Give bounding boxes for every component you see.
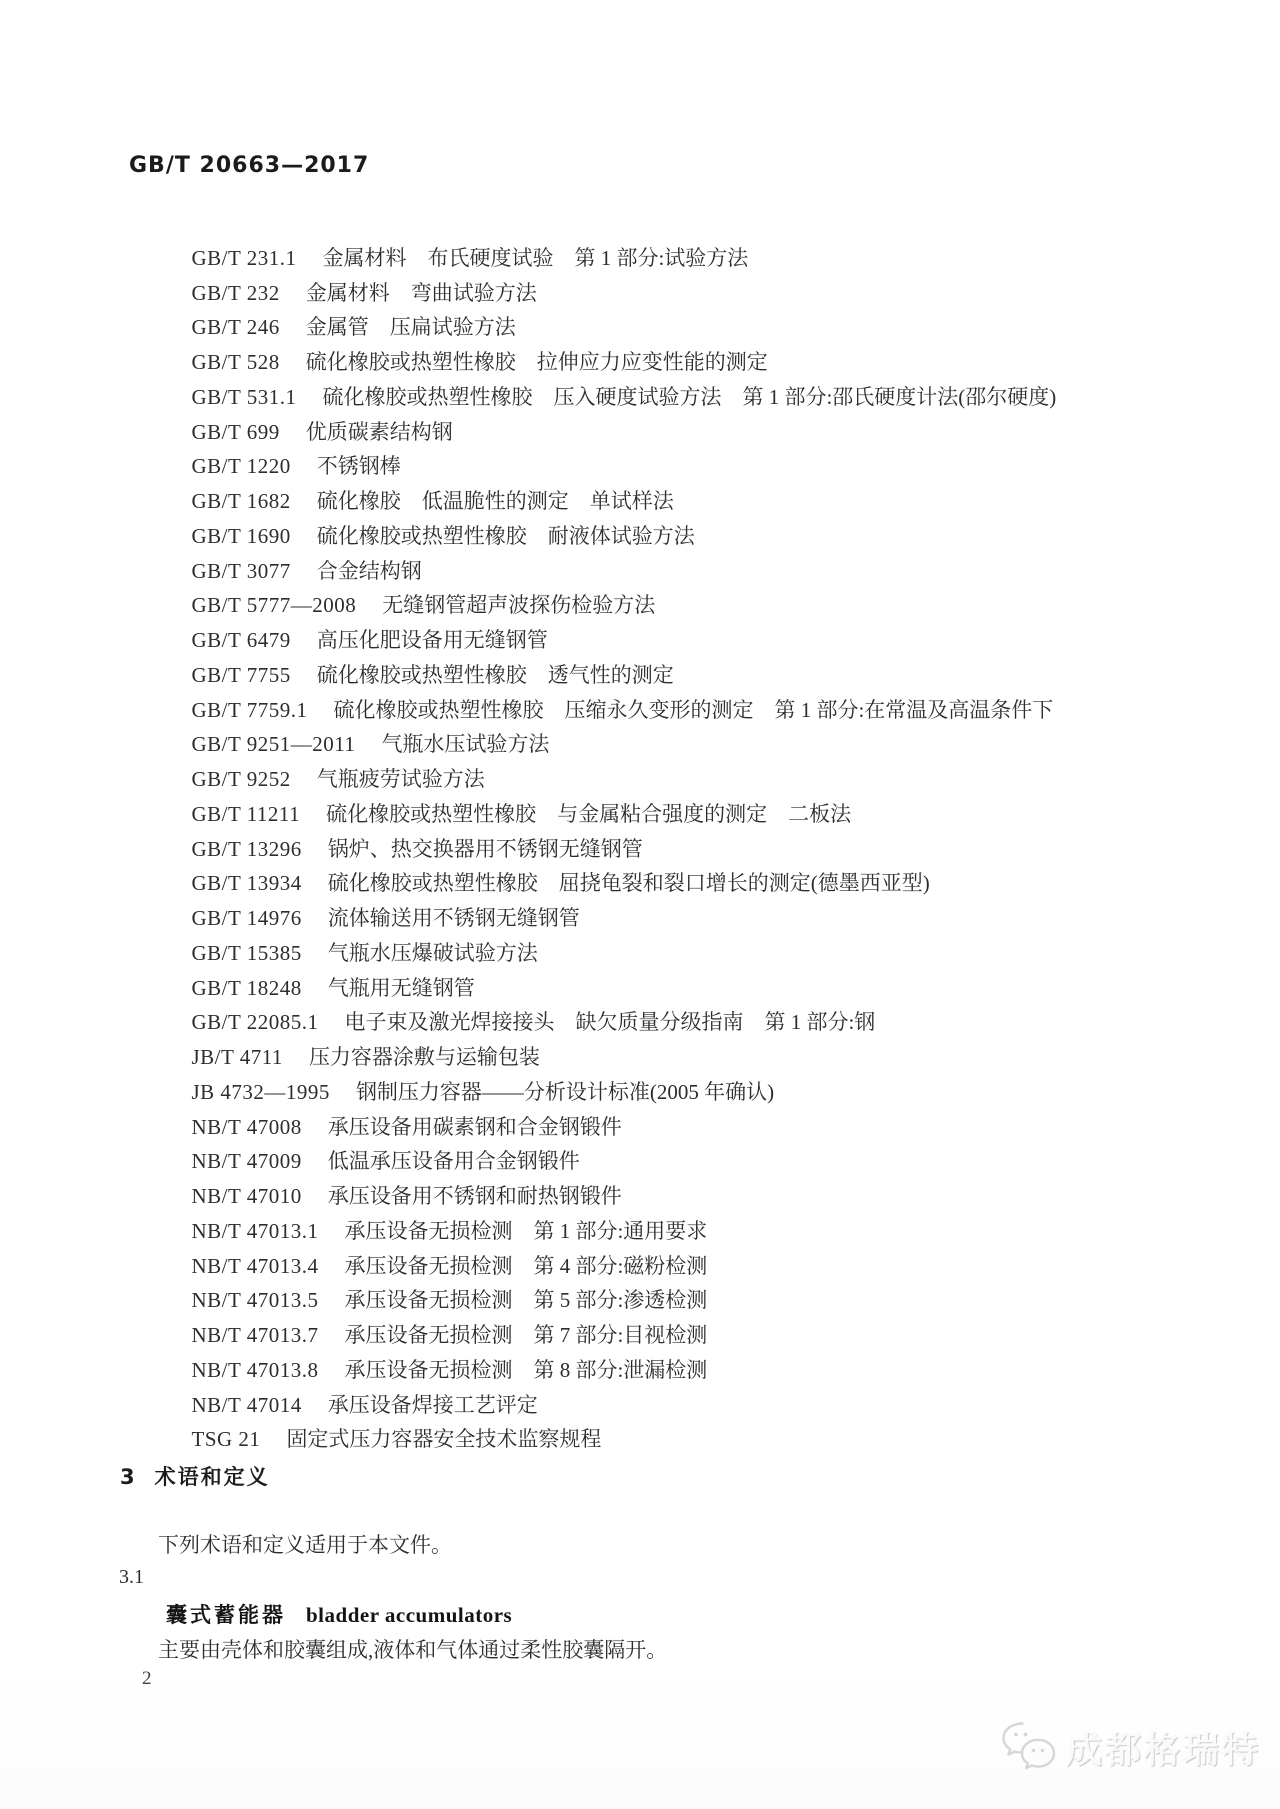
reference-code: GB/T 1220 — [192, 449, 291, 484]
reference-code: NB/T 47013.4 — [192, 1249, 319, 1284]
reference-title: 承压设备用不锈钢和耐热钢锻件 — [328, 1184, 622, 1208]
reference-code: NB/T 47013.5 — [192, 1283, 319, 1318]
reference-code: GB/T 13934 — [192, 866, 302, 901]
reference-title: 气瓶水压试验方法 — [381, 732, 549, 756]
reference-title: 合金结构钢 — [317, 559, 422, 583]
page-number: 2 — [142, 1668, 152, 1690]
reference-code: NB/T 47010 — [192, 1179, 302, 1214]
reference-code: GB/T 246 — [192, 310, 280, 345]
section-intro: 下列术语和定义适用于本文件。 — [158, 1529, 452, 1559]
reference-title: 金属材料 弯曲试验方法 — [306, 281, 537, 305]
reference-title: 气瓶用无缝钢管 — [328, 976, 475, 1000]
reference-title: 硫化橡胶或热塑性橡胶 压入硬度试验方法 第 1 部分:邵氏硬度计法(邵尔硬度) — [322, 385, 1056, 409]
reference-code: GB/T 9252 — [192, 762, 291, 797]
reference-title: 承压设备无损检测 第 4 部分:磁粉检测 — [344, 1254, 707, 1278]
reference-title: 不锈钢棒 — [317, 454, 401, 478]
reference-code: GB/T 9251—2011 — [192, 727, 356, 762]
reference-code: GB/T 528 — [192, 345, 280, 380]
reference-code: NB/T 47013.8 — [192, 1353, 319, 1388]
reference-code: GB/T 5777—2008 — [192, 588, 357, 623]
reference-title: 硫化橡胶或热塑性橡胶 屈挠龟裂和裂口增长的测定(德墨西亚型) — [328, 871, 930, 895]
section-number: 3 — [120, 1465, 135, 1489]
reference-code: NB/T 47009 — [192, 1144, 302, 1179]
reference-title: 高压化肥设备用无缝钢管 — [317, 628, 548, 652]
reference-code: GB/T 1682 — [192, 484, 291, 519]
reference-title: 气瓶疲劳试验方法 — [317, 767, 485, 791]
term-definition: 主要由壳体和胶囊组成,液体和气体通过柔性胶囊隔开。 — [158, 1634, 667, 1664]
reference-code: GB/T 18248 — [192, 971, 302, 1006]
reference-code: GB/T 231.1 — [192, 241, 297, 276]
reference-code: GB/T 7759.1 — [192, 693, 308, 728]
term-number: 3.1 — [119, 1566, 144, 1589]
reference-code: GB/T 531.1 — [192, 380, 297, 415]
reference-title: 气瓶水压爆破试验方法 — [328, 941, 538, 965]
term-line: 囊式蓄能器bladder accumulators — [166, 1599, 512, 1629]
reference-title: 电子束及激光焊接接头 缺欠质量分级指南 第 1 部分:钢 — [344, 1010, 875, 1034]
reference-title: 优质碳素结构钢 — [306, 420, 453, 444]
section-heading: 3术语和定义 — [120, 1461, 270, 1491]
reference-title: 硫化橡胶 低温脆性的测定 单试样法 — [317, 489, 674, 513]
reference-title: 金属材料 布氏硬度试验 第 1 部分:试验方法 — [322, 246, 748, 270]
term-name-zh: 囊式蓄能器 — [166, 1603, 286, 1627]
reference-code: JB 4732—1995 — [192, 1075, 330, 1110]
reference-title: 硫化橡胶或热塑性橡胶 压缩永久变形的测定 第 1 部分:在常温及高温条件下 — [333, 698, 1053, 722]
reference-title: 流体输送用不锈钢无缝钢管 — [328, 906, 580, 930]
reference-code: GB/T 1690 — [192, 519, 291, 554]
reference-title: 锅炉、热交换器用不锈钢无缝钢管 — [328, 837, 643, 861]
wechat-icon — [1000, 1720, 1058, 1775]
document-page: GB/T 20663—2017 GB/T 231.1金属材料 布氏硬度试验 第 … — [0, 0, 1280, 1809]
reference-title: 硫化橡胶或热塑性橡胶 耐液体试验方法 — [317, 524, 695, 548]
reference-code: GB/T 7755 — [192, 658, 291, 693]
watermark-text: 成都格瑞特 — [1066, 1722, 1261, 1773]
reference-title: 硫化橡胶或热塑性橡胶 透气性的测定 — [317, 663, 674, 687]
reference-code: GB/T 22085.1 — [192, 1005, 319, 1040]
reference-code: GB/T 232 — [192, 276, 280, 311]
reference-code: GB/T 3077 — [192, 554, 291, 589]
reference-code: JB/T 4711 — [192, 1040, 283, 1075]
reference-title: 承压设备无损检测 第 7 部分:目视检测 — [344, 1323, 707, 1347]
reference-code: GB/T 11211 — [192, 797, 301, 832]
reference-item: GB/T 231.1金属材料 布氏硬度试验 第 1 部分:试验方法 — [160, 206, 1220, 241]
reference-title: 承压设备无损检测 第 1 部分:通用要求 — [344, 1219, 707, 1243]
reference-code: GB/T 13296 — [192, 832, 302, 867]
reference-title: 硫化橡胶或热塑性橡胶 与金属粘合强度的测定 二板法 — [326, 802, 851, 826]
watermark: 成都格瑞特 — [1000, 1720, 1261, 1775]
reference-title: 低温承压设备用合金钢锻件 — [328, 1149, 580, 1173]
reference-title: 硫化橡胶或热塑性橡胶 拉伸应力应变性能的测定 — [306, 350, 768, 374]
reference-code: GB/T 14976 — [192, 901, 302, 936]
reference-code: NB/T 47008 — [192, 1110, 302, 1145]
reference-code: NB/T 47013.7 — [192, 1318, 319, 1353]
reference-title: 金属管 压扁试验方法 — [306, 315, 516, 339]
reference-title: 承压设备无损检测 第 5 部分:渗透检测 — [344, 1288, 707, 1312]
reference-title: 钢制压力容器——分析设计标准(2005 年确认) — [356, 1080, 774, 1104]
reference-code: NB/T 47013.1 — [192, 1214, 319, 1249]
reference-code: GB/T 699 — [192, 415, 280, 450]
reference-title: 压力容器涂敷与运输包装 — [309, 1045, 540, 1069]
reference-code: NB/T 47014 — [192, 1388, 302, 1423]
reference-code: GB/T 6479 — [192, 623, 291, 658]
reference-title: 固定式压力容器安全技术监察规程 — [286, 1427, 601, 1451]
references-list: GB/T 231.1金属材料 布氏硬度试验 第 1 部分:试验方法 GB/T 2… — [160, 206, 1220, 1422]
reference-code: GB/T 15385 — [192, 936, 302, 971]
reference-title: 承压设备焊接工艺评定 — [328, 1393, 538, 1417]
reference-title: 承压设备用碳素钢和合金钢锻件 — [328, 1115, 622, 1139]
reference-code: TSG 21 — [192, 1422, 261, 1457]
reference-title: 承压设备无损检测 第 8 部分:泄漏检测 — [344, 1358, 707, 1382]
standard-number-header: GB/T 20663—2017 — [129, 153, 369, 178]
section-title: 术语和定义 — [155, 1465, 270, 1489]
reference-title: 无缝钢管超声波探伤检验方法 — [382, 593, 655, 617]
term-name-en: bladder accumulators — [306, 1603, 512, 1627]
